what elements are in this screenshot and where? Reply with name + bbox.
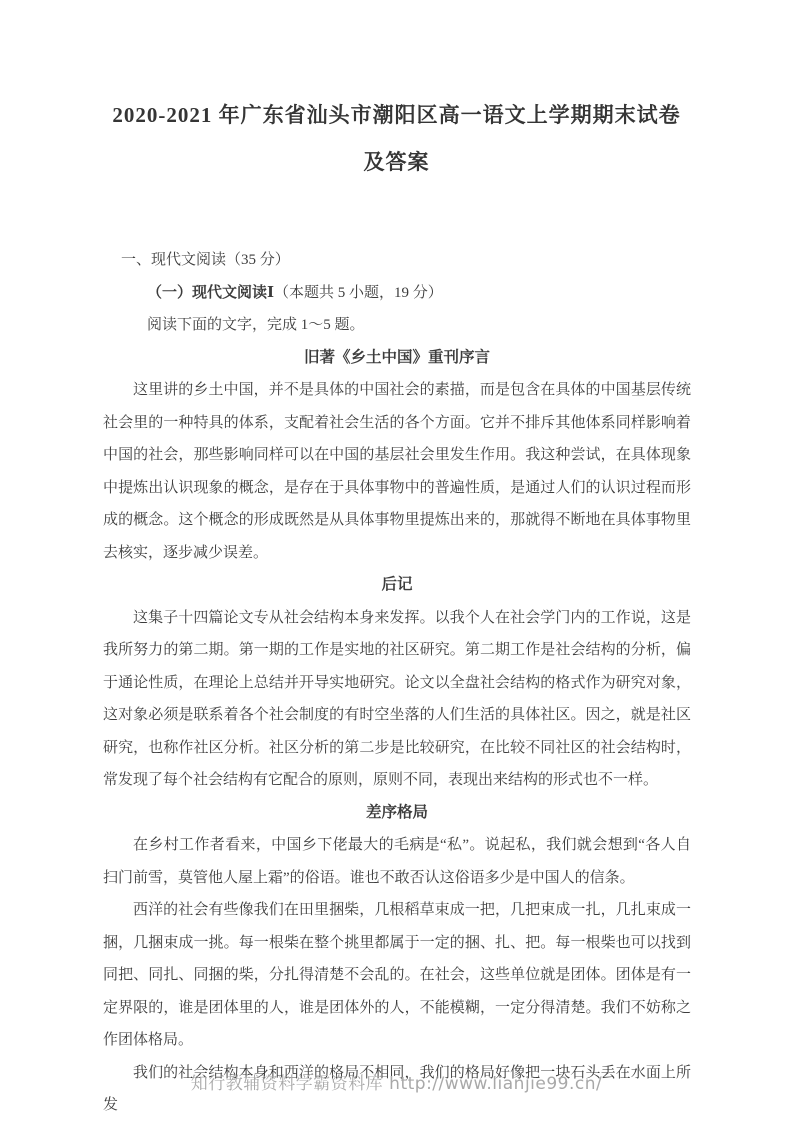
watermark-footer: 知行教辅资料学霸资料库 http://www.lianjie99.cn/ <box>0 1069 793 1094</box>
title-line-2: 及答案 <box>0 139 793 186</box>
document-page: 2020-2021 年广东省汕头市潮阳区高一语文上学期期末试卷 及答案 一、现代… <box>0 0 793 1122</box>
passage-paragraph-chaxu-2: 西洋的社会有些像我们在田里捆柴，几根稻草束成一把，几把束成一扎，几扎束成一捆，几… <box>103 894 691 1057</box>
section-heading-modern-reading: 一、现代文阅读（35 分） <box>103 244 691 277</box>
subsection-heading-title: （一）现代文阅读Ⅰ <box>147 285 274 301</box>
document-title: 2020-2021 年广东省汕头市潮阳区高一语文上学期期末试卷 及答案 <box>0 92 793 186</box>
document-body: 一、现代文阅读（35 分） （一）现代文阅读Ⅰ（本题共 5 小题，19 分） 阅… <box>103 244 691 1122</box>
passage-paragraph-preface: 这里讲的乡土中国，并不是具体的中国社会的素描，而是包含在具体的中国基层传统社会里… <box>103 374 691 569</box>
subsection-heading-score: （本题共 5 小题，19 分） <box>274 285 443 301</box>
passage-heading-preface: 旧著《乡土中国》重刊序言 <box>103 342 691 375</box>
passage-paragraph-chaxu-1: 在乡村工作者看来，中国乡下佬最大的毛病是“私”。说起私，我们就会想到“各人自扫门… <box>103 829 691 894</box>
reading-instruction: 阅读下面的文字，完成 1～5 题。 <box>103 309 691 342</box>
passage-paragraph-postscript: 这集子十四篇论文专从社会结构本身来发挥。以我个人在社会学门内的工作说，这是我所努… <box>103 602 691 797</box>
passage-heading-postscript: 后记 <box>103 569 691 602</box>
title-line-1: 2020-2021 年广东省汕头市潮阳区高一语文上学期期末试卷 <box>0 92 793 139</box>
subsection-heading: （一）现代文阅读Ⅰ（本题共 5 小题，19 分） <box>103 277 691 310</box>
passage-heading-chaxu: 差序格局 <box>103 797 691 830</box>
